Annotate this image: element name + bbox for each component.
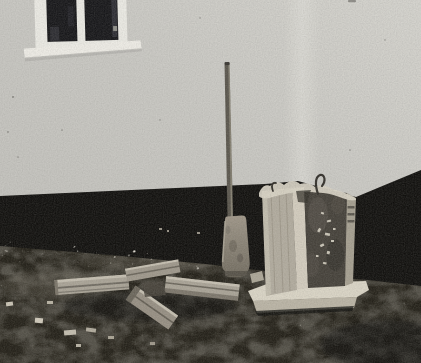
- photograph: [0, 0, 421, 363]
- scene-svg: [0, 0, 421, 363]
- grain-dark: [0, 0, 421, 363]
